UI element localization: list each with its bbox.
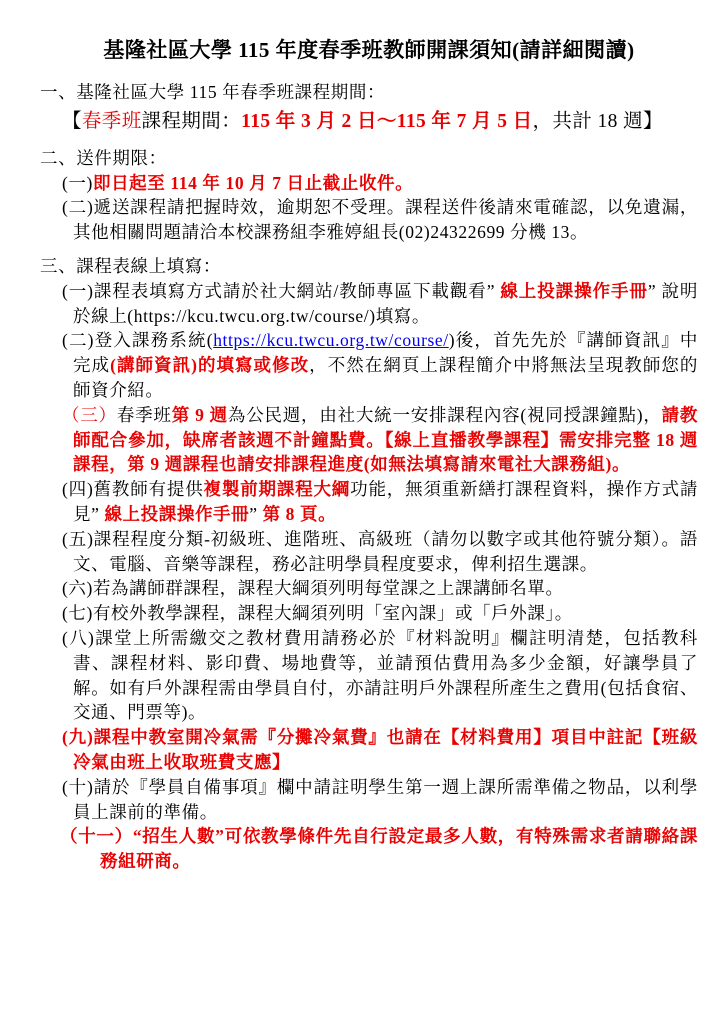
item-3-8: (八)課堂上所需繳交之教材費用請務必於『材料說明』欄註明清楚，包括教科書、課程材… [40, 626, 698, 725]
text-run: (一) [62, 173, 93, 193]
text-run: (六)若為講師群課程，課程大綱須列明每堂課之上課講師名單。 [62, 578, 564, 598]
text-run: 即日起至 114 年 10 月 7 日止截止收件。 [93, 173, 413, 193]
text-run: (八)課堂上所需繳交之教材費用請務必於『材料說明』欄註明清楚，包括教科書、課程材… [62, 628, 698, 722]
item-3-6: (六)若為講師群課程，課程大綱須列明每堂課之上課講師名單。 [40, 576, 698, 601]
item-3-9: (九)課程中教室開冷氣需『分攤冷氣費』也請在【材料費用】項目中註記【班級冷氣由班… [40, 725, 698, 775]
text-run: (五)課程程度分類-初級班、進階班、高級班（請勿以數字或其他符號分類）。語文、電… [62, 529, 698, 574]
item-3-2: (二)登入課務系統(https://kcu.twcu.org.tw/course… [40, 328, 698, 402]
text-run: 第 9 週 [172, 405, 228, 425]
document-body: 一、基隆社區大學 115 年春季班課程期間：【春季班課程期間：115 年 3 月… [40, 80, 698, 874]
text-run: 為公民週，由社大統一安排課程內容(視同授課鐘點)， [228, 405, 662, 425]
item-2-2: (二)遞送課程請把握時效，逾期恕不受理。課程送件後請來電確認，以免遺漏，其他相關… [40, 195, 698, 245]
item-3-11: （十一）“招生人數”可依教學條件先自行設定最多人數，有特殊需求者請聯絡課務組研商… [40, 824, 698, 874]
text-run: 複製前期課程大綱 [204, 479, 351, 499]
text-run: ” [249, 504, 257, 524]
course-period-line: 【春季班課程期間：115 年 3 月 2 日～115 年 7 月 5 日，共計 … [62, 107, 698, 137]
document-title: 基隆社區大學 115 年度春季班教師開課須知(請詳細閱讀) [40, 34, 698, 66]
section-2-heading: 二、送件期限： [40, 146, 698, 171]
item-3-3: （三）春季班第 9 週為公民週，由社大統一安排課程內容(視同授課鐘點)，請教師配… [40, 403, 698, 477]
text-run: 二、送件期限： [40, 148, 167, 168]
item-3-7: (七)有校外教學課程，課程大綱須列明「室內課」或「戶外課」。 [40, 601, 698, 626]
item-3-10: (十)請於『學員自備事項』欄中請註明學生第一週上課所需準備之物品，以利學員上課前… [40, 775, 698, 825]
text-run: 115 年 3 月 2 日～115 年 7 月 5 日 [241, 111, 532, 132]
text-run: 線上投課操作手冊 [495, 281, 648, 301]
course-system-link[interactable]: https://kcu.twcu.org.tw/course/ [213, 330, 449, 350]
text-run: (二)遞送課程請把握時效，逾期恕不受理。課程送件後請來電確認，以免遺漏，其他相關… [62, 197, 698, 242]
text-run: 一、基隆社區大學 115 年春季班課程期間： [40, 82, 385, 102]
item-3-5: (五)課程程度分類-初級班、進階班、高級班（請勿以數字或其他符號分類）。語文、電… [40, 527, 698, 577]
text-run: (七)有校外教學課程，課程大綱須列明「室內課」或「戶外課」。 [62, 603, 573, 623]
text-run: (一)課程表填寫方式請於社大網站/教師專區下載觀看” [62, 281, 495, 301]
text-run: 線上投課操作手冊 [99, 504, 249, 524]
item-3-1: (一)課程表填寫方式請於社大網站/教師專區下載觀看” 線上投課操作手冊” 說明於… [40, 279, 698, 329]
document-page: 基隆社區大學 115 年度春季班教師開課須知(請詳細閱讀) 一、基隆社區大學 1… [0, 0, 724, 1024]
text-run: （三） [62, 405, 117, 425]
text-run: (九)課程中教室開冷氣需『分攤冷氣費』也請在【材料費用】項目中註記【班級冷氣由班… [62, 727, 698, 772]
text-run: 三、課程表線上填寫： [40, 256, 221, 276]
text-run: 春季班 [82, 111, 142, 132]
text-run: 【 [62, 111, 82, 132]
text-run: 第 8 頁。 [258, 504, 337, 524]
section-3-heading: 三、課程表線上填寫： [40, 254, 698, 279]
item-3-4: (四)舊教師有提供複製前期課程大綱功能，無須重新繕打課程資料，操作方式請見” 線… [40, 477, 698, 527]
text-run: (四)舊教師有提供 [62, 479, 204, 499]
text-run: ，共計 18 週】 [533, 111, 663, 132]
item-2-1: (一)即日起至 114 年 10 月 7 日止截止收件。 [40, 171, 698, 196]
text-run: （十一）“招生人數”可依教學條件先自行設定最多人數，有特殊需求者請聯絡課務組研商… [60, 826, 698, 871]
text-run: 春季班 [117, 405, 172, 425]
text-run: (講師資訊)的填寫或修改 [110, 355, 309, 375]
text-run: (二)登入課務系統( [62, 330, 213, 350]
text-run: (十)請於『學員自備事項』欄中請註明學生第一週上課所需準備之物品，以利學員上課前… [62, 777, 698, 822]
text-run: 課程期間： [142, 111, 242, 132]
section-1-heading: 一、基隆社區大學 115 年春季班課程期間： [40, 80, 698, 105]
